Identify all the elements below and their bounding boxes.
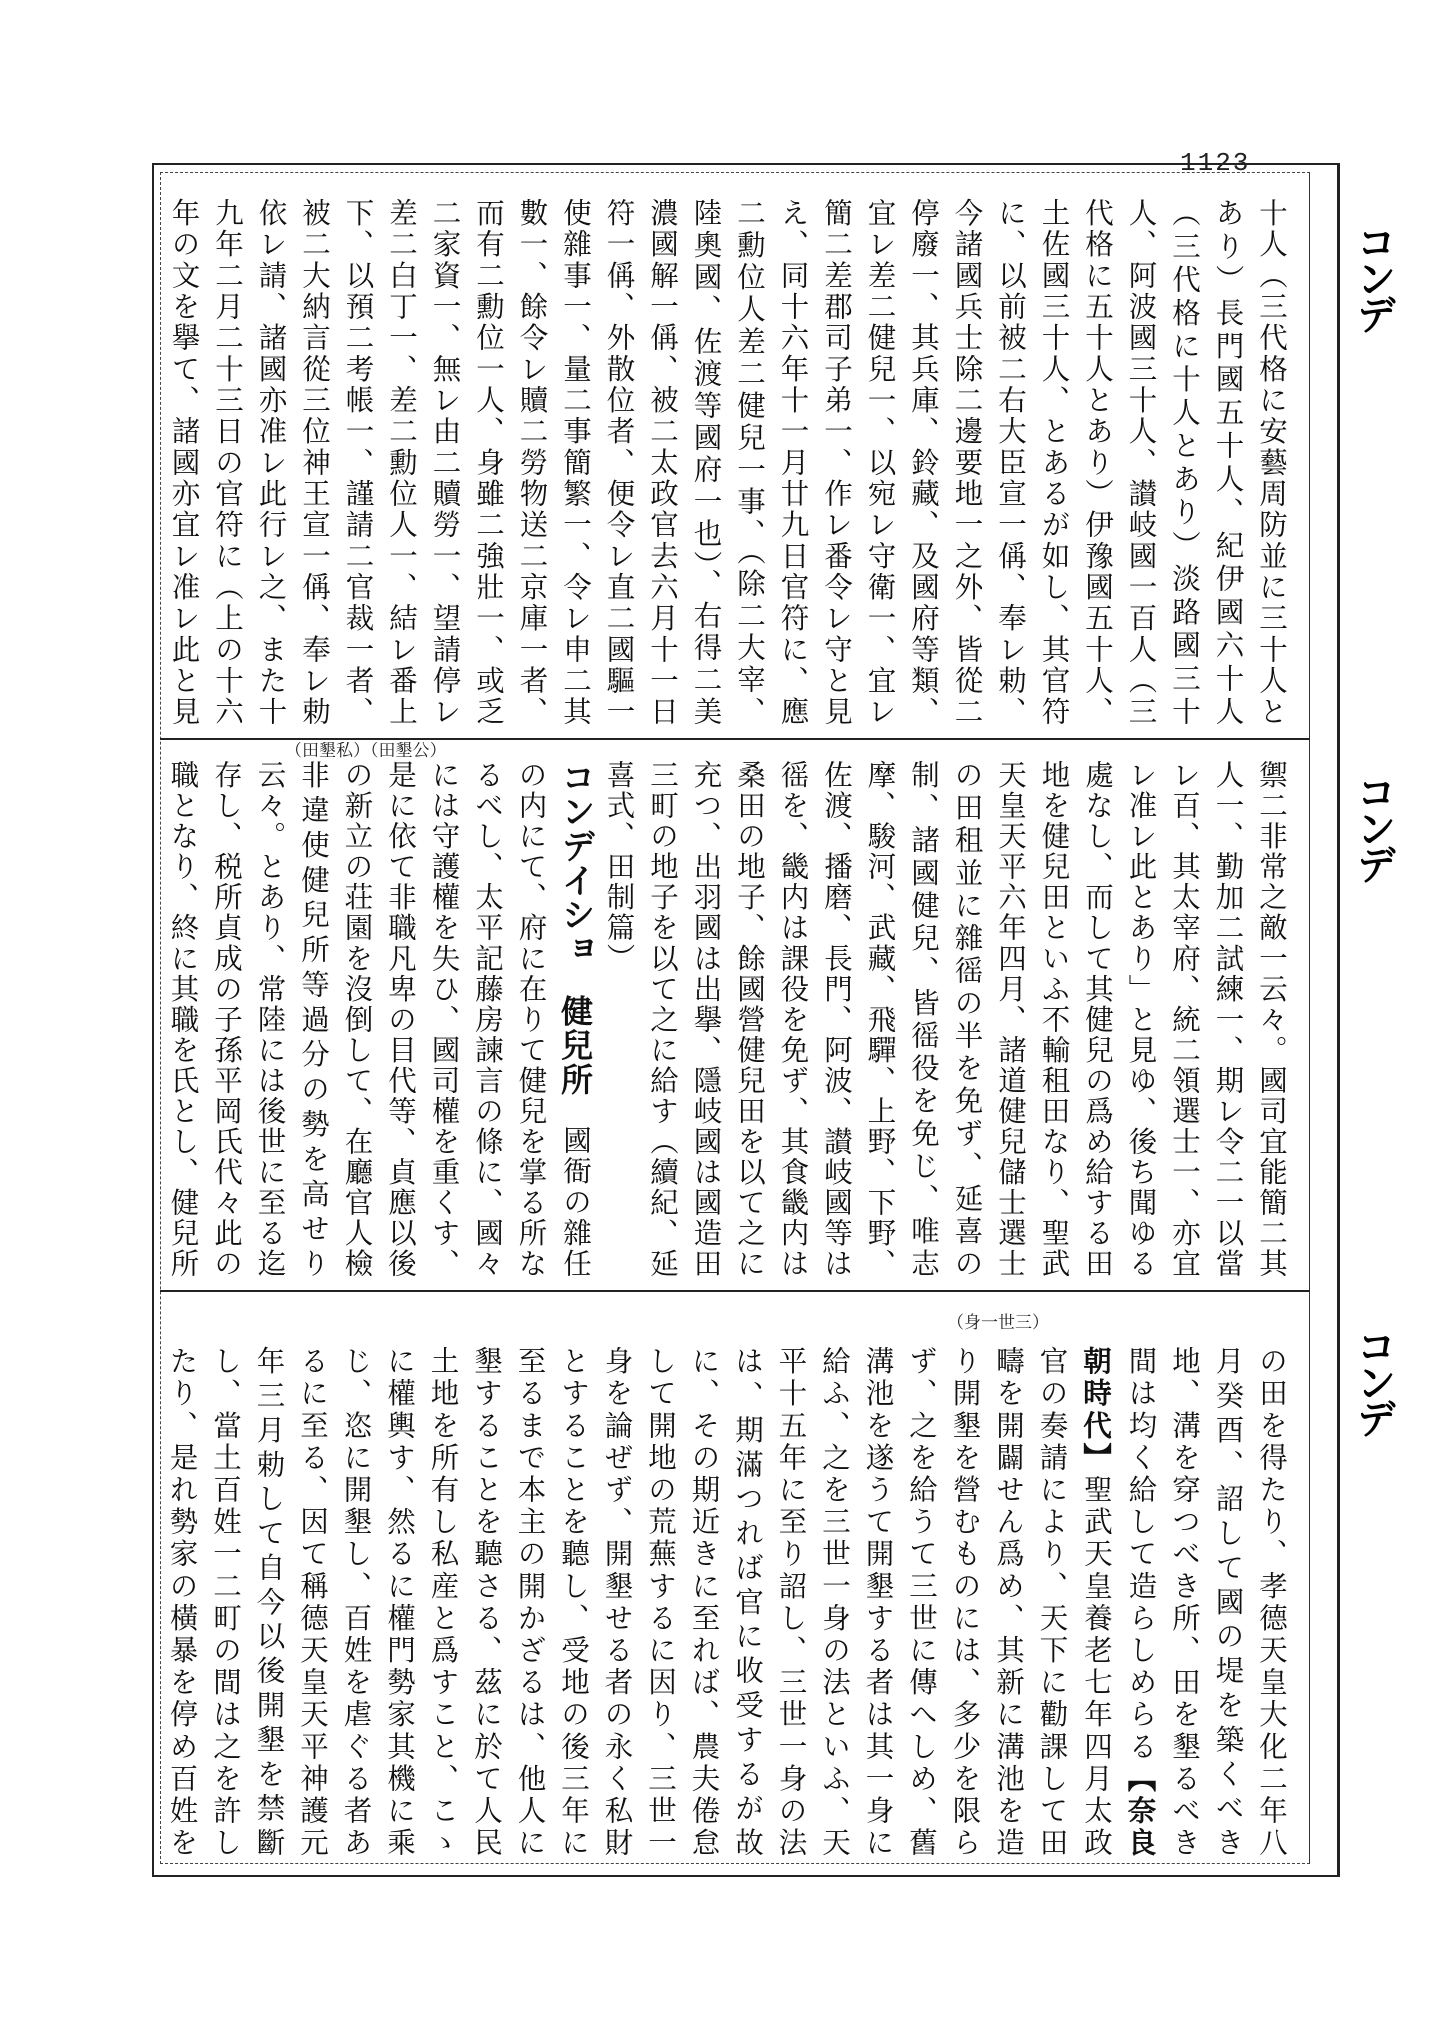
paragraph: 聖武天皇養老七年四月太政官の奏請により、天下に勸課して田疇を開闢せん爲め、其新に… xyxy=(165,1346,1113,1858)
running-head-bottom: コンデ xyxy=(1345,1326,1402,1434)
body-text: 禦二非常之敵一云々。國司宜能簡二其人一、勤加二試練一、期レ令二一以當レ百、其太宰… xyxy=(165,760,1293,1279)
section-divider xyxy=(160,738,1310,740)
bottom-text-band: （身一世三） の田を得たり、孝德天皇大化二年八月癸酉、詔して國の堤を築くべき地、… xyxy=(165,1294,1305,1866)
entry-term: 健兒所 xyxy=(556,994,594,1097)
entry-heading-kondeisho: コンデイショ xyxy=(555,760,595,966)
body-text: の田を得たり、孝德天皇大化二年八月癸酉、詔して國の堤を築くべき地、溝を穿つべき所… xyxy=(165,1346,1293,1858)
running-head-middle: コンデ xyxy=(1345,772,1402,880)
paragraph: 十人（三代格に安藝周防並に三十人とあり）長門國五十人、紀伊國六十人（三代格に十人… xyxy=(165,198,1288,727)
top-text-band: 十人（三代格に安藝周防並に三十人とあり）長門國五十人、紀伊國六十人（三代格に十人… xyxy=(165,180,1305,735)
running-head-top: コンデ xyxy=(1345,222,1402,330)
body-text: 十人（三代格に安藝周防並に三十人とあり）長門國五十人、紀伊國六十人（三代格に十人… xyxy=(165,198,1293,727)
section-divider xyxy=(160,1290,1310,1292)
figure-caption: （田墾私）（田墾公） xyxy=(285,742,447,761)
middle-text-band: （田墾私）（田墾公） 禦二非常之敵一云々。國司宜能簡二其人一、勤加二試練一、期レ… xyxy=(165,742,1305,1287)
paragraph: 禦二非常之敵一云々。國司宜能簡二其人一、勤加二試練一、期レ令二一以當レ百、其太宰… xyxy=(603,760,1289,1279)
entry-text: 國衙の雜任の内にて、府に在りて健兒を掌る所なるべし、太平記藤房諫言の條に、國々に… xyxy=(165,760,592,1279)
figure-caption: （身一世三） xyxy=(947,1308,1049,1333)
